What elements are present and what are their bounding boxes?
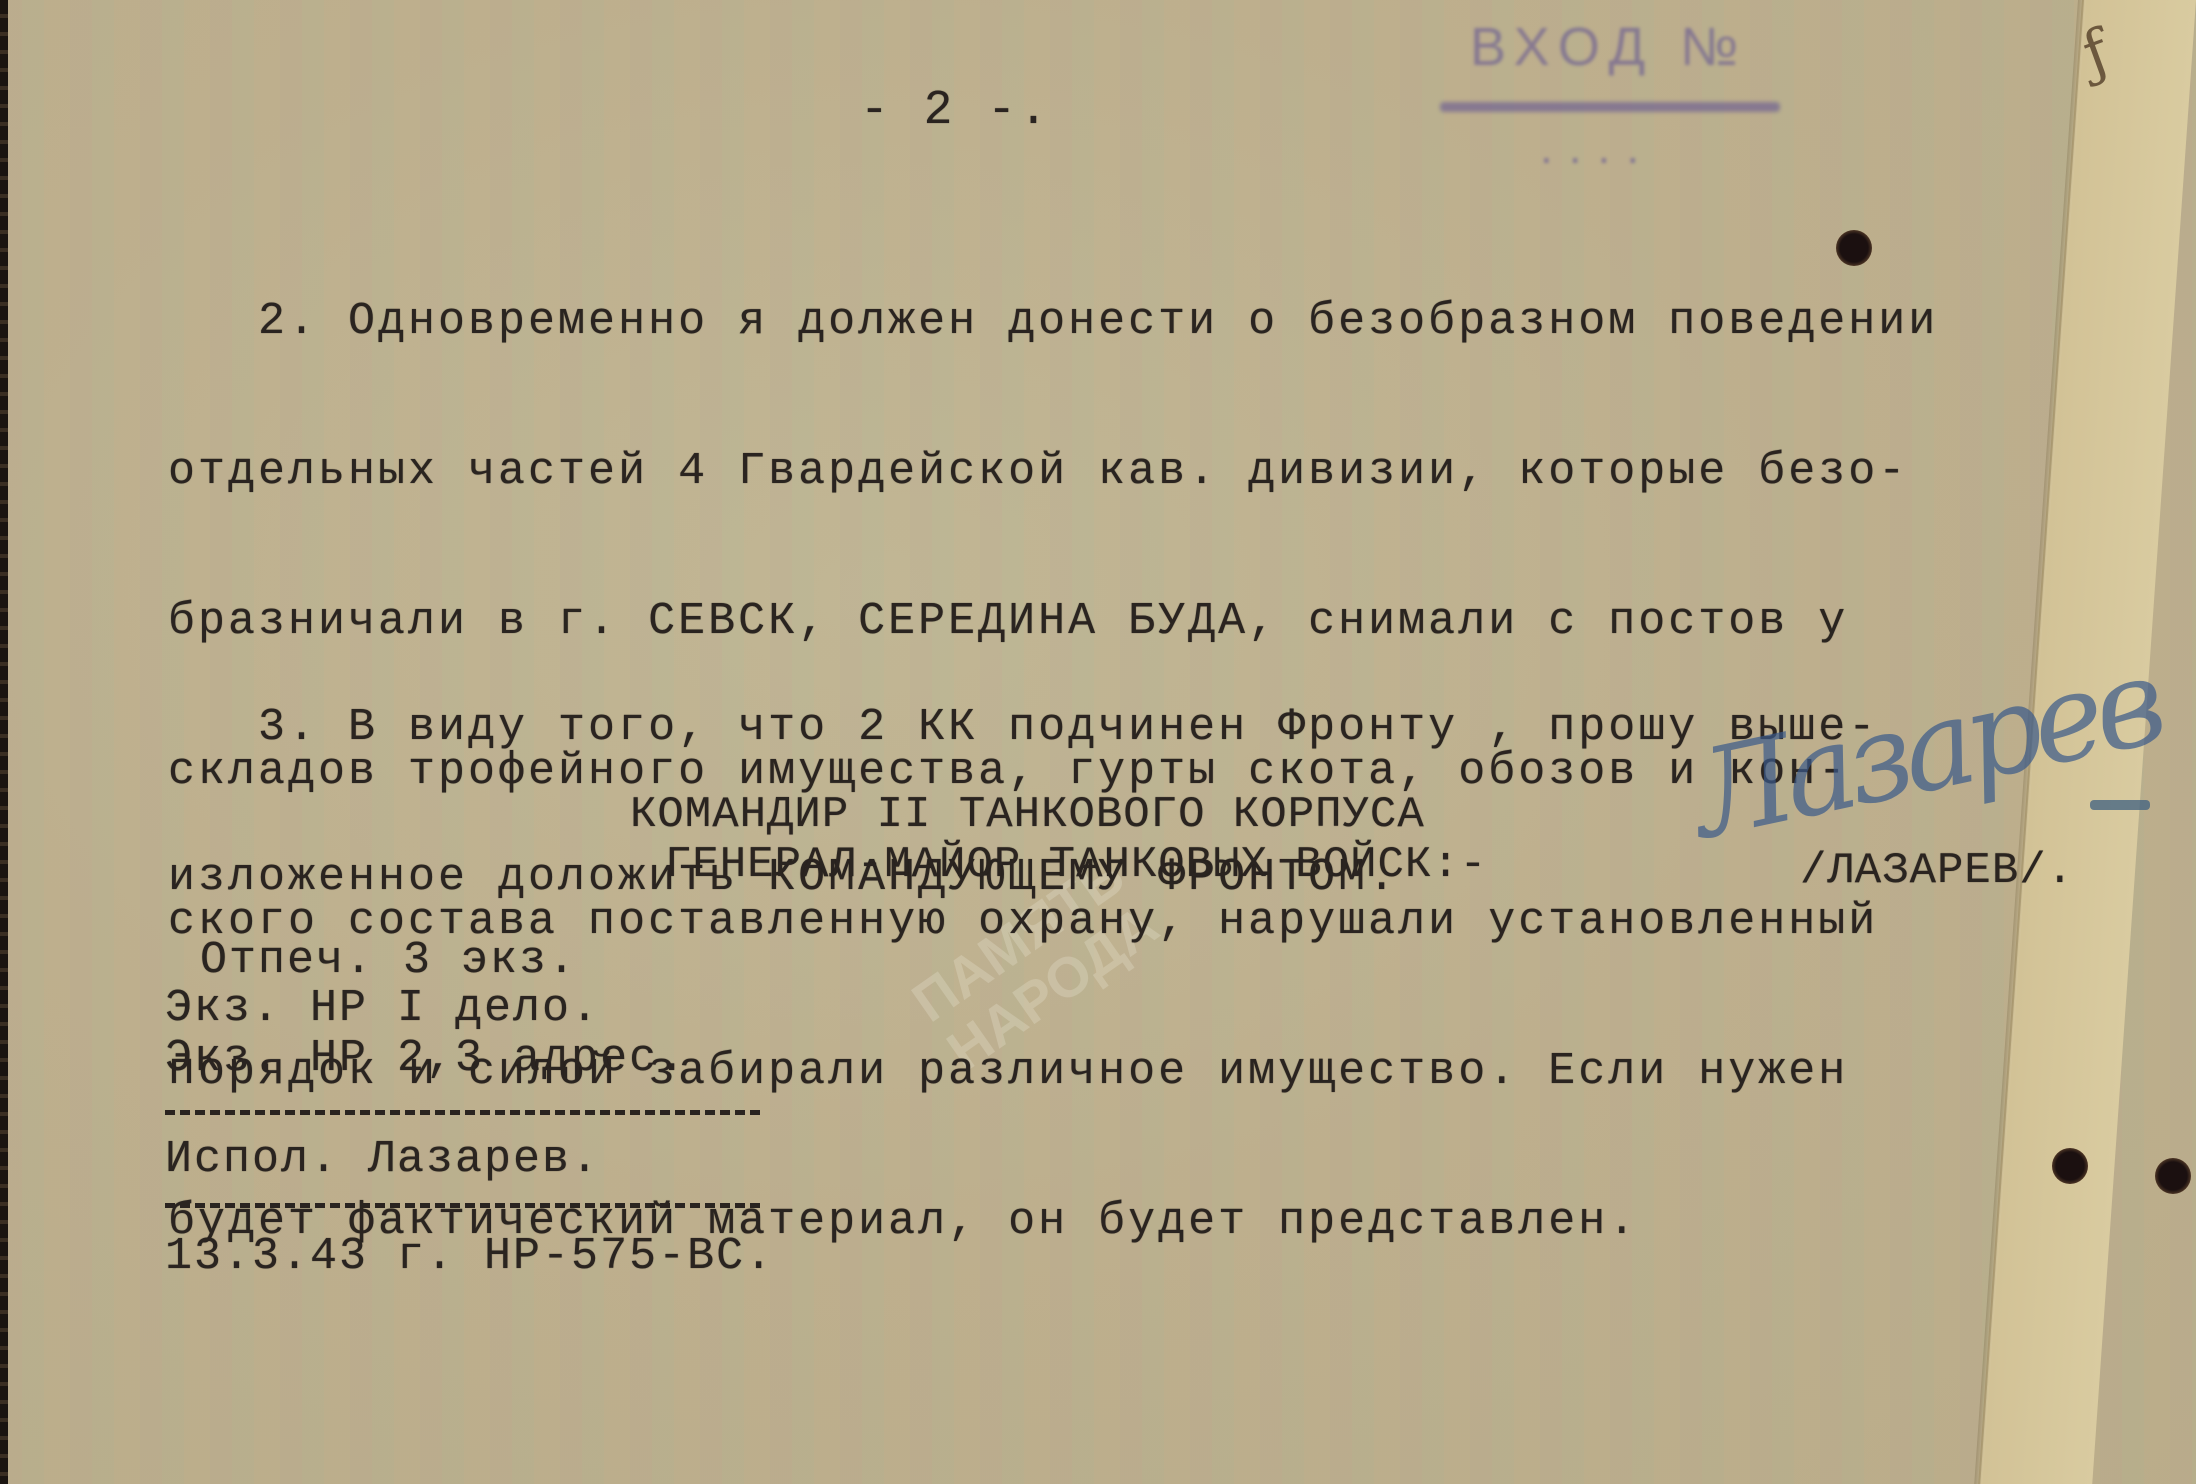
executor: Испол. Лазарев. xyxy=(165,1135,600,1185)
punch-hole-right xyxy=(2155,1158,2191,1194)
page-number: - 2 -. xyxy=(860,86,1051,136)
dashed-divider-1 xyxy=(165,1110,760,1115)
signature-dash xyxy=(2090,800,2150,810)
dashed-divider-2 xyxy=(165,1203,760,1208)
date-reference: 13.3.43 г. НР-575-ВС. xyxy=(165,1232,774,1282)
stamp-rule xyxy=(1440,102,1780,112)
signature-title-line-2: ГЕНЕРАЛ-МАЙОР ТАНКОВЫХ ВОЙСК:- xyxy=(665,840,1487,890)
stamp-line-2: .... xyxy=(1540,120,1655,174)
punch-hole-left xyxy=(2052,1148,2088,1184)
stamp-line-1: ВХОД № xyxy=(1470,16,1748,78)
registration-stamp: ВХОД № .... xyxy=(1430,6,1790,196)
signature-title-line-1: КОМАНДИР II ТАНКОВОГО КОРПУСА xyxy=(630,790,1425,840)
signatory-name: /ЛАЗАРЕВ/. xyxy=(1800,846,2074,896)
paragraph-2-line: 2. Одновременно я должен донести о безоб… xyxy=(168,297,1938,347)
copy-1-destination: Экз. НР I дело. xyxy=(165,984,600,1034)
scan-left-edge xyxy=(0,0,8,1484)
paragraph-3: 3. В виду того, что 2 КК подчинен Фронту… xyxy=(168,603,1878,953)
paragraph-2-line: отдельных частей 4 Гвардейской кав. диви… xyxy=(168,447,1938,497)
paragraph-3-line: 3. В виду того, что 2 КК подчинен Фронту… xyxy=(168,703,1878,753)
printed-copies: Отпеч. 3 экз. xyxy=(200,936,577,986)
copy-2-3-destination: Экз. НР 2,3 адрес. xyxy=(165,1034,687,1084)
